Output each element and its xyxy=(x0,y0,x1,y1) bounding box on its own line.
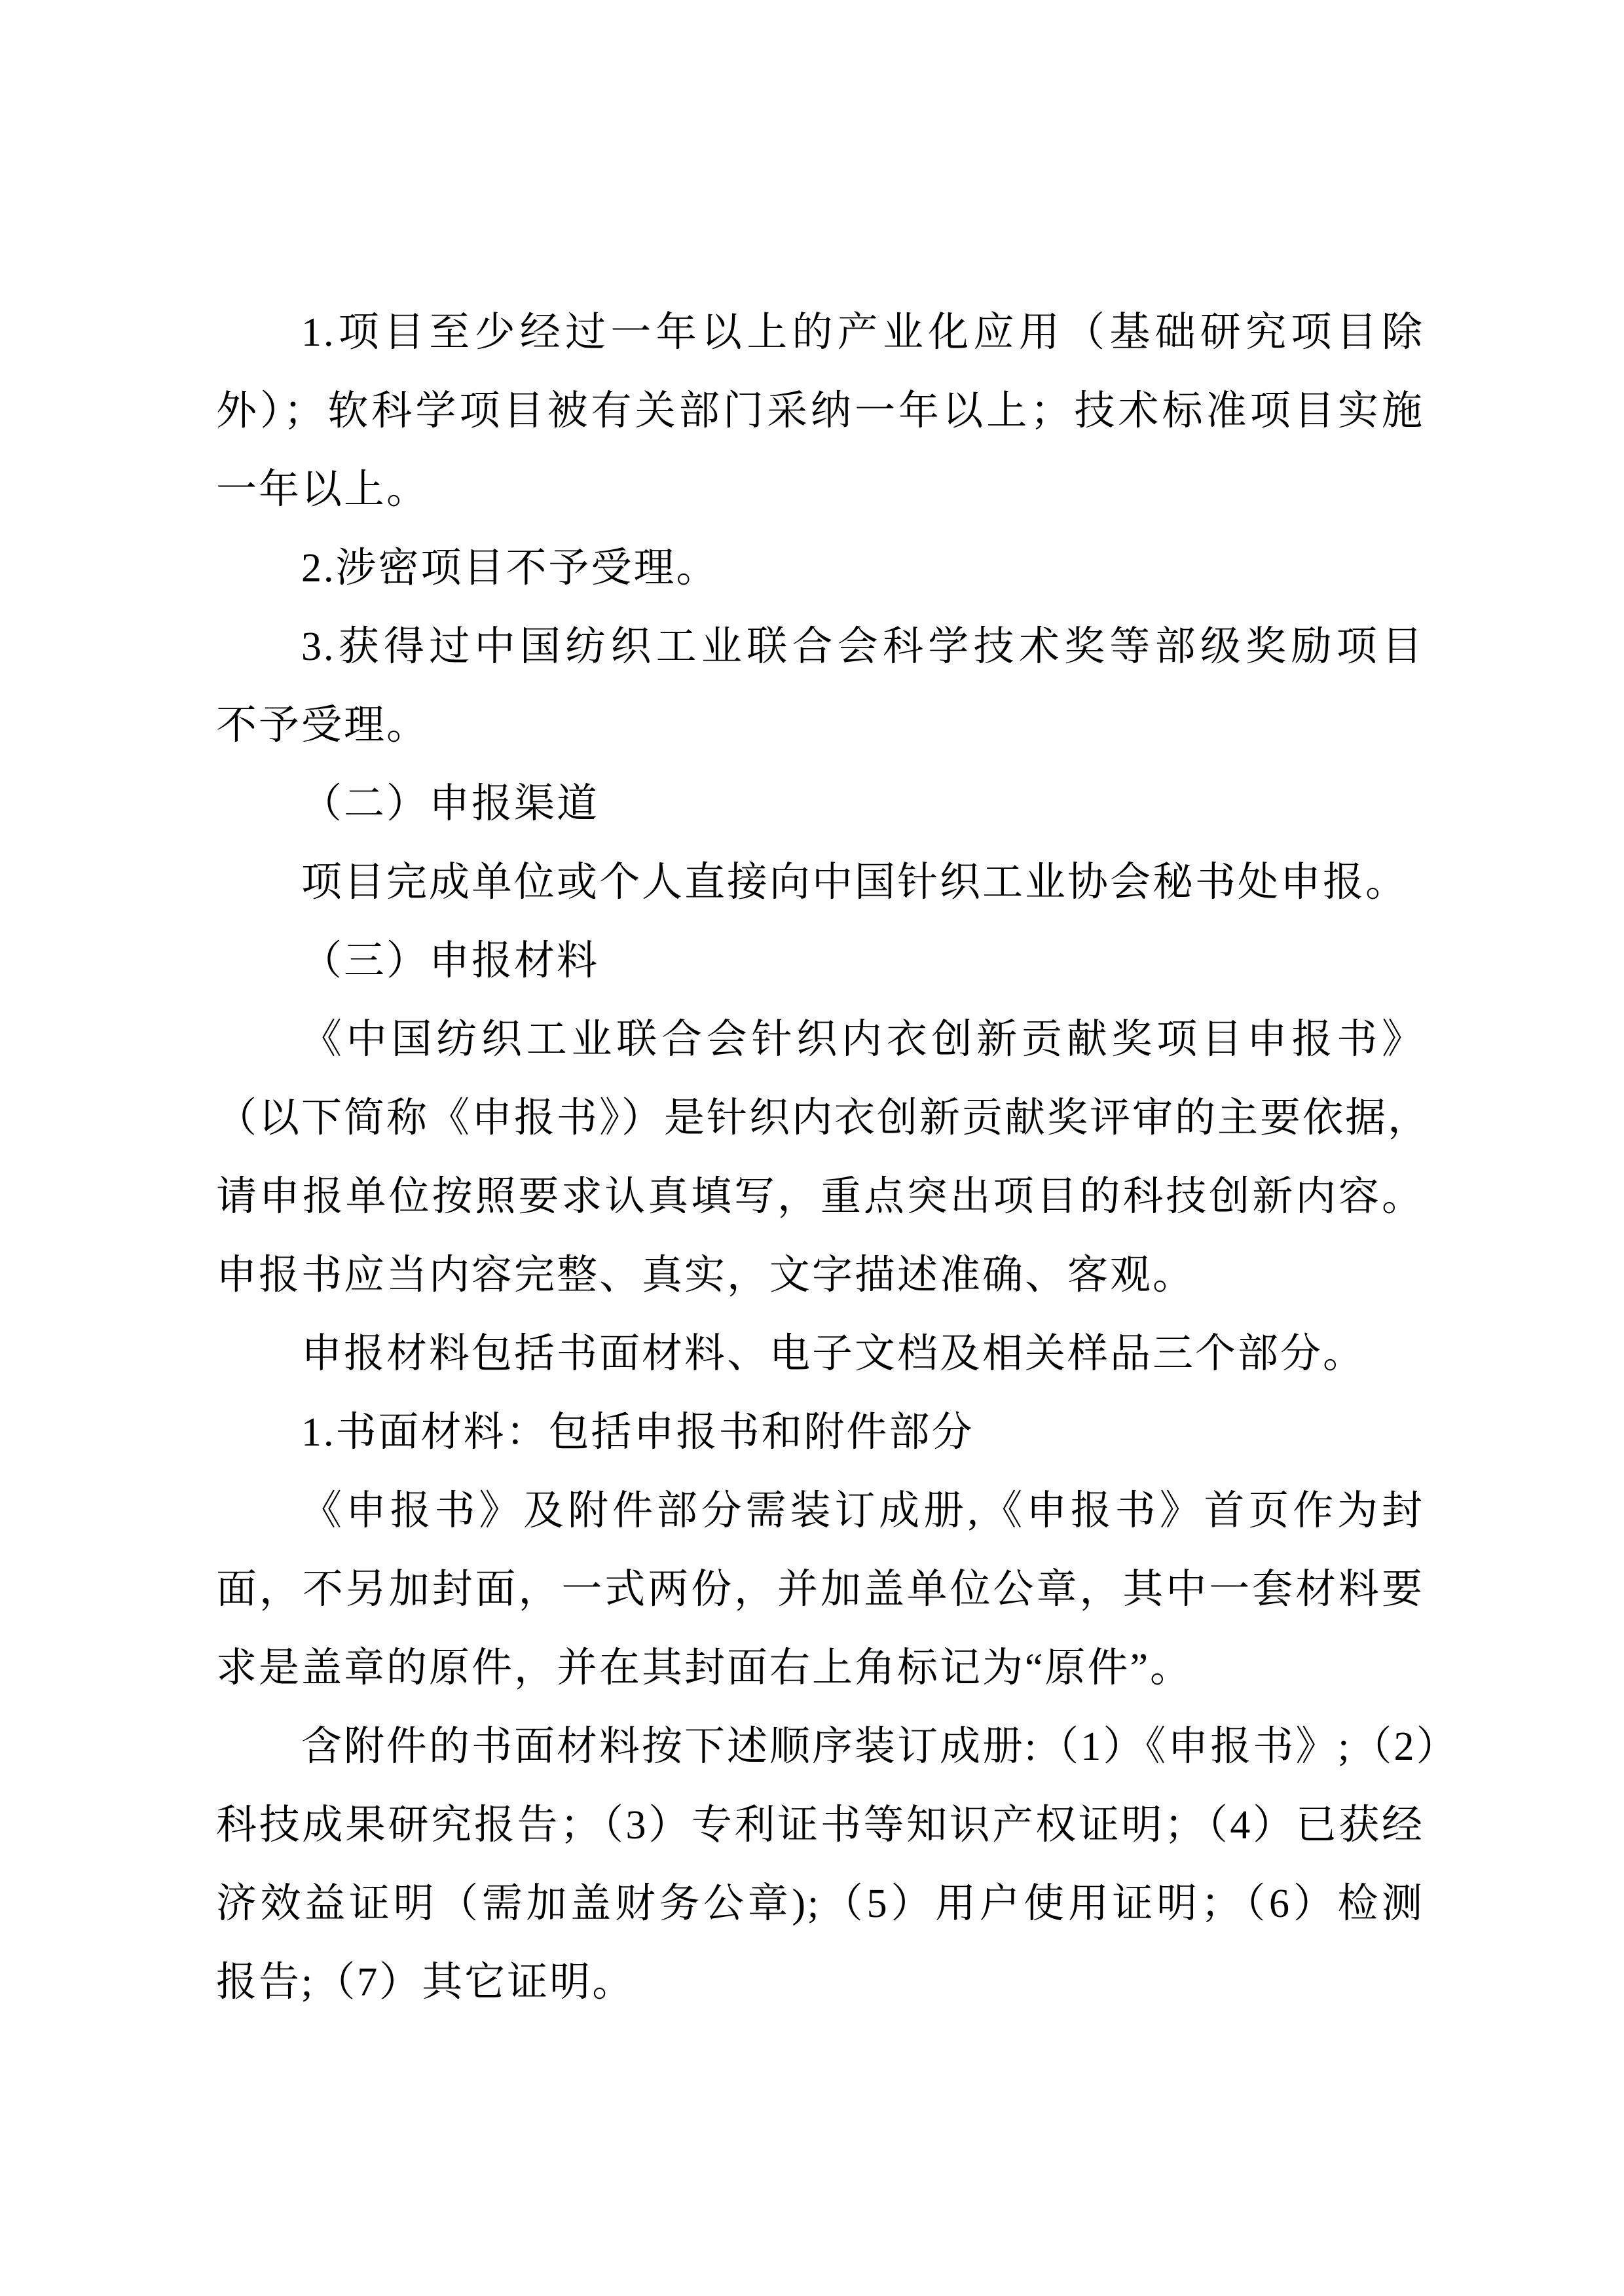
paragraph: 含附件的书面材料按下述顺序装订成册:（1）《申报书》;（2）科技成果研究报告；（… xyxy=(216,1707,1424,2022)
text-line: 1.书面材料：包括申报书和附件部分 xyxy=(216,1393,1424,1472)
text-line: 申报材料包括书面材料、电子文档及相关样品三个部分。 xyxy=(216,1315,1424,1393)
text-line: 3.获得过中国纺织工业联合会科学技术奖等部级奖励项目 xyxy=(216,608,1424,686)
document-page: 1.项目至少经过一年以上的产业化应用（基础研究项目除外）；软科学项目被有关部门采… xyxy=(0,0,1624,2296)
paragraph: 项目完成单位或个人直接向中国针织工业协会秘书处申报。 xyxy=(216,843,1424,922)
document-body: 1.项目至少经过一年以上的产业化应用（基础研究项目除外）；软科学项目被有关部门采… xyxy=(216,293,1424,2022)
text-line: 请申报单位按照要求认真填写，重点突出项目的科技创新内容。 xyxy=(216,1157,1424,1236)
text-line: 科技成果研究报告；（3）专利证书等知识产权证明；（4）已获经 xyxy=(216,1786,1424,1865)
text-line: 《中国纺织工业联合会针织内衣创新贡献奖项目申报书》 xyxy=(216,1000,1424,1079)
paragraph: （二）申报渠道 xyxy=(216,765,1424,843)
text-line: 不予受理。 xyxy=(216,686,1424,765)
text-line: 面，不另加封面，一式两份，并加盖单位公章，其中一套材料要 xyxy=(216,1550,1424,1629)
text-line: 一年以上。 xyxy=(216,450,1424,529)
paragraph: 1.项目至少经过一年以上的产业化应用（基础研究项目除外）；软科学项目被有关部门采… xyxy=(216,293,1424,529)
text-line: （二）申报渠道 xyxy=(216,765,1424,843)
text-line: （以下简称《申报书》）是针织内衣创新贡献奖评审的主要依据， xyxy=(216,1079,1424,1157)
text-line: 申报书应当内容完整、真实，文字描述准确、客观。 xyxy=(216,1236,1424,1315)
paragraph: （三）申报材料 xyxy=(216,922,1424,1000)
text-line: 济效益证明（需加盖财务公章);（5）用户使用证明；（6）检测 xyxy=(216,1865,1424,1943)
text-line: 项目完成单位或个人直接向中国针织工业协会秘书处申报。 xyxy=(216,843,1424,922)
text-line: 求是盖章的原件，并在其封面右上角标记为“原件”。 xyxy=(216,1629,1424,1707)
paragraph: 1.书面材料：包括申报书和附件部分 xyxy=(216,1393,1424,1472)
paragraph: 3.获得过中国纺织工业联合会科学技术奖等部级奖励项目不予受理。 xyxy=(216,608,1424,765)
paragraph: 《申报书》及附件部分需装订成册,《申报书》首页作为封面，不另加封面，一式两份，并… xyxy=(216,1472,1424,1707)
paragraph: 申报材料包括书面材料、电子文档及相关样品三个部分。 xyxy=(216,1315,1424,1393)
text-line: 1.项目至少经过一年以上的产业化应用（基础研究项目除 xyxy=(216,293,1424,372)
text-line: 报告;（7）其它证明。 xyxy=(216,1943,1424,2022)
paragraph: 2.涉密项目不予受理。 xyxy=(216,529,1424,608)
text-line: 含附件的书面材料按下述顺序装订成册:（1）《申报书》;（2） xyxy=(216,1707,1424,1786)
paragraph: 《中国纺织工业联合会针织内衣创新贡献奖项目申报书》（以下简称《申报书》）是针织内… xyxy=(216,1000,1424,1315)
text-line: 《申报书》及附件部分需装订成册,《申报书》首页作为封 xyxy=(216,1472,1424,1550)
text-line: 外）；软科学项目被有关部门采纳一年以上；技术标准项目实施 xyxy=(216,372,1424,450)
text-line: （三）申报材料 xyxy=(216,922,1424,1000)
text-line: 2.涉密项目不予受理。 xyxy=(216,529,1424,608)
